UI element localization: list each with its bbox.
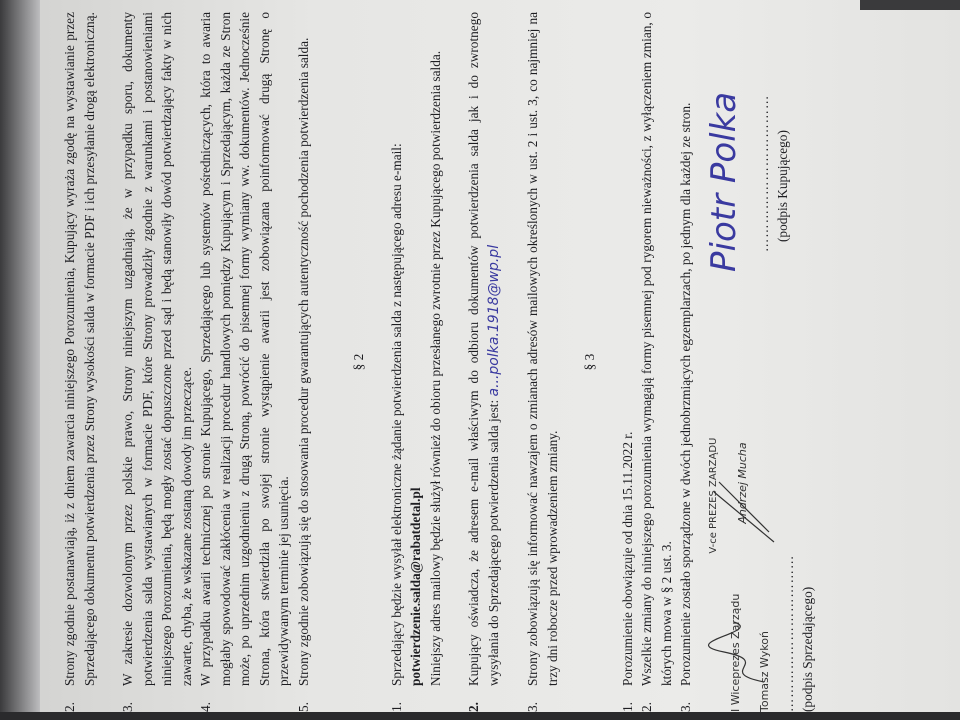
buyer-signature-label: (podpis Kupującego) [773,12,793,242]
item-text: Kupujący oświadcza, że adresem e-mail wł… [464,12,504,686]
item-number: 1. [387,686,446,712]
seller-signature-label: (podpis Sprzedającego) [798,382,818,712]
list-item: 2. Strony zgodnie postanawiają, iż z dni… [60,12,99,712]
list-item: 1. Sprzedający będzie wysyłał elektronic… [387,12,446,712]
seller-signature-block: I Wiceprezes Zarządu Tomasz Wykoń V-ce P… [704,382,818,712]
list-item: 1. Porozumienie obowiązuje od dnia 15.11… [618,12,638,712]
list-item: 2. Kupujący oświadcza, że adresem e-mail… [464,12,504,712]
item-number: 3. [523,686,562,712]
document-page: 2. Strony zgodnie postanawiają, iż z dni… [60,12,960,712]
list-item: 3. W zakresie dozwolonym przez polskie p… [118,12,196,712]
list-item: 5. Strony zgodnie zobowiązują się do sto… [294,12,314,712]
item-number: 4. [196,686,294,712]
item-number: 2. [637,686,676,712]
item-text: Strony zobowiązują się informować nawzaj… [523,12,562,686]
photo-edge-bottom [0,712,960,720]
buyer-email-handwritten: a...polka.1918@wp.pl [486,245,502,397]
item-number: 1. [618,686,638,712]
seller-signature-scribble [704,452,784,692]
photo-edge-top [860,0,960,10]
list-item: 3. Strony zobowiązują się informować naw… [523,12,562,712]
section-heading-2: § 2 [349,12,369,712]
buyer-signature-line: …………………………… [754,12,774,252]
buyer-signature: Piotr Polka [694,12,754,272]
buyer-signature-block: Piotr Polka …………………………… (podpis Kupujące… [694,12,793,282]
item-text: Sprzedający będzie wysyłał elektroniczne… [387,12,446,686]
section-heading-3: § 3 [580,12,600,712]
item-number: 5. [294,686,314,712]
signature-area: I Wiceprezes Zarządu Tomasz Wykoń V-ce P… [704,12,854,712]
item-number: 2. [60,686,99,712]
list-item: 4. W przypadku awarii technicznej po str… [196,12,294,712]
item-text: W zakresie dozwolonym przez polskie praw… [118,12,196,686]
item-text: W przypadku awarii technicznej po stroni… [196,12,294,686]
item-text: Wszelkie zmiany do niniejszego porozumie… [637,12,676,686]
item-text: Porozumienie obowiązuje od dnia 15.11.20… [618,12,638,686]
item-text-part: Sprzedający będzie wysyłał elektroniczne… [389,143,404,686]
item-text: Strony zgodnie postanawiają, iż z dniem … [60,12,99,686]
item-number: 3. [676,686,696,712]
item-number: 3. [118,686,196,712]
item-text-part: Niniejszy adres mailowy będzie służył ró… [428,51,443,686]
section-top-list: 2. Strony zgodnie postanawiają, iż z dni… [60,12,313,712]
item-number: 2. [464,686,504,712]
list-item: 2. Wszelkie zmiany do niniejszego porozu… [637,12,676,712]
seller-email: potwierdzenie.salda@rabatdetal.pl [408,487,423,686]
item-text: Strony zgodnie zobowiązują się do stosow… [294,12,314,686]
